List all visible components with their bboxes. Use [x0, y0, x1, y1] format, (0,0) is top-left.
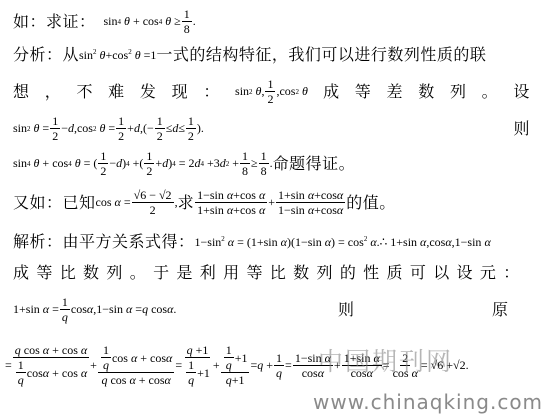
- proof-formula: sin4 θ + cos4 θ = (12−d)4 +(12+d)4 = 2d4…: [13, 150, 273, 177]
- original-word: 原: [492, 302, 509, 318]
- word: 的: [340, 265, 357, 281]
- word: 数: [83, 265, 100, 281]
- identity-formula: sin2 θ+cos2 θ =1: [79, 48, 156, 63]
- then-word: 则: [338, 302, 355, 318]
- word: ：: [203, 84, 220, 100]
- word: 列: [316, 265, 333, 281]
- word: 可: [410, 265, 427, 281]
- word: 性: [363, 265, 380, 281]
- word: 等: [36, 265, 53, 281]
- example1-label: 如：求证：: [13, 14, 96, 30]
- word: 利: [200, 265, 217, 281]
- analysis2-prefix: 解析：由平方关系式得：: [13, 234, 195, 250]
- ratio-substitution-formula: 1+sin α =1qcosα,1−sin α =q cosα.: [13, 296, 176, 323]
- word: 是: [176, 265, 193, 281]
- analysis1-line1: 分析：从 sin2 θ+cos2 θ =1 一式的结构特征，我们可以进行数列性质…: [13, 47, 486, 63]
- analysis1-line2: 想 ， 不 难 发 现 ： sin2 θ,12,cos2 θ 成 等 差 数 列…: [13, 78, 530, 105]
- word: ，: [45, 84, 62, 100]
- word: 设: [457, 265, 474, 281]
- word: 比: [270, 265, 287, 281]
- analysis1-line3: sin2 θ =12−d,cos2 θ =12+d,(−12≤d≤12). 则: [13, 115, 530, 142]
- word: 比: [60, 265, 77, 281]
- word: 现: [172, 84, 189, 100]
- word: 设: [513, 84, 530, 100]
- then-word: 则: [513, 121, 530, 137]
- square-relation-formula: 1−sin2 α = (1+sin α)(1−sin α) = cos2 α.∴…: [195, 235, 491, 250]
- word: 难: [108, 84, 125, 100]
- arithmetic-sequence-formula: sin2 θ,12,cos2 θ: [235, 78, 308, 105]
- word: 数: [418, 84, 435, 100]
- analysis2-line2: 成 等 比 数 列 。 于 是 利 用 等 比 数 列 的 性 质 可 以 设 …: [13, 265, 520, 281]
- given-formula: cos α =√6 − √22,: [96, 189, 178, 216]
- ask-word: 求: [178, 195, 195, 211]
- word: 。: [482, 84, 499, 100]
- example2-line: 又如：已知 cos α =√6 − √22, 求 1−sin α+cos α1+…: [13, 189, 396, 216]
- example2-suffix: 的值。: [346, 195, 396, 211]
- substitution-formula: sin2 θ =12−d,cos2 θ =12+d,(−12≤d≤12).: [13, 115, 204, 142]
- word: 等: [355, 84, 372, 100]
- watermark-cn: 中国期刊网: [318, 342, 453, 378]
- word: 质: [387, 265, 404, 281]
- word: 想: [13, 84, 30, 100]
- word: 。: [130, 265, 147, 281]
- watermark-url: www.chinaqking.com: [313, 390, 543, 414]
- word: 等: [246, 265, 263, 281]
- word: 列: [450, 84, 467, 100]
- word: 以: [433, 265, 450, 281]
- analysis1-prefix: 分析：从: [13, 47, 79, 63]
- example2-prefix: 又如：已知: [13, 195, 96, 211]
- word: 成: [323, 84, 340, 100]
- analysis2-line3: 1+sin α =1qcosα,1−sin α =q cosα. 则 原: [13, 296, 520, 323]
- word: 发: [140, 84, 157, 100]
- word: 不: [76, 84, 93, 100]
- target-expression: 1−sin α+cos α1+sin α+cos α+1+sin α+cosα1…: [194, 189, 346, 216]
- analysis2-line1: 解析：由平方关系式得： 1−sin2 α = (1+sin α)(1−sin α…: [13, 234, 491, 250]
- word: 列: [106, 265, 123, 281]
- word: 成: [13, 265, 30, 281]
- analysis1-line4: sin4 θ + cos4 θ = (12−d)4 +(12+d)4 = 2d4…: [13, 150, 355, 177]
- word: 于: [153, 265, 170, 281]
- word: 差: [387, 84, 404, 100]
- word: ：: [503, 265, 520, 281]
- example1-claim-formula: sin4 θ + cos4 θ ≥ 18.: [104, 8, 196, 35]
- example1-line: 如：求证： sin4 θ + cos4 θ ≥ 18.: [13, 8, 196, 35]
- analysis1-text: 一式的结构特征，我们可以进行数列性质的联: [156, 47, 486, 63]
- word: 数: [293, 265, 310, 281]
- word: 元: [480, 265, 497, 281]
- word: 用: [223, 265, 240, 281]
- proof-done-text: 命题得证。: [273, 156, 356, 172]
